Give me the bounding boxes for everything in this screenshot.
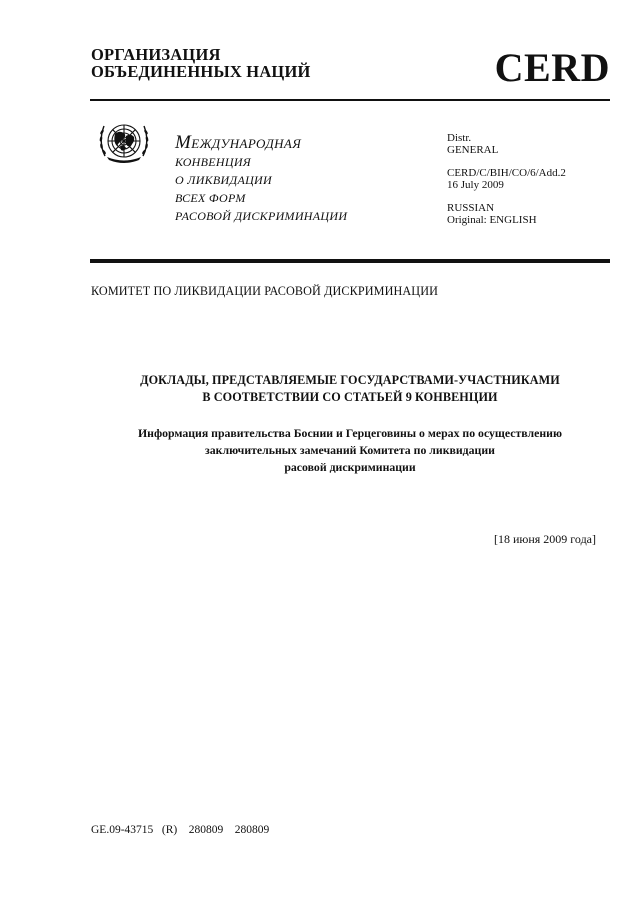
convention-title: МЕЖДУНАРОДНАЯ КОНВЕНЦИЯ О ЛИКВИДАЦИИ ВСЕ… [175,134,347,225]
submission-date-note: [18 июня 2009 года] [494,532,596,546]
convention-title-line5: РАСОВОЙ ДИСКРИМИНАЦИИ [175,207,347,225]
convention-title-line1: МЕЖДУНАРОДНАЯ [175,134,347,153]
main-title-line2: В СООТВЕТСТВИИ СО СТАТЬЕЙ 9 КОНВЕНЦИИ [60,389,640,406]
document-series-symbol: CERD [495,46,610,90]
job-number: GE.09-43715 [91,824,153,836]
committee-name: КОМИТЕТ ПО ЛИКВИДАЦИИ РАСОВОЙ ДИСКРИМИНА… [91,284,438,298]
thick-divider [90,259,610,263]
sub-title-line2: заключительных замечаний Комитета по лик… [60,442,640,459]
distr-label: Distr. [447,132,566,144]
sub-title-line1: Информация правительства Боснии и Герцег… [60,425,640,442]
org-name-line1: ОРГАНИЗАЦИЯ [91,46,311,63]
footer-date-1: 280809 [189,824,224,836]
convention-title-line2: КОНВЕНЦИЯ [175,153,347,171]
convention-title-line3: О ЛИКВИДАЦИИ [175,171,347,189]
distribution-info: Distr. GENERAL CERD/C/BIH/CO/6/Add.2 16 … [447,132,566,226]
org-name-line2: ОБЪЕДИНЕННЫХ НАЦИЙ [91,63,311,80]
original-language: Original: ENGLISH [447,214,566,226]
main-title-line1: ДОКЛАДЫ, ПРЕДСТАВЛЯЕМЫЕ ГОСУДАРСТВАМИ-УЧ… [60,372,640,389]
document-language: RUSSIAN [447,202,566,214]
header-divider [90,99,610,101]
document-symbol: CERD/C/BIH/CO/6/Add.2 [447,167,566,179]
document-date: 16 July 2009 [447,179,566,191]
main-title: ДОКЛАДЫ, ПРЕДСТАВЛЯЕМЫЕ ГОСУДАРСТВАМИ-УЧ… [60,372,640,406]
sub-title-line3: расовой дискриминации [60,459,640,476]
footer-date-2: 280809 [235,824,270,836]
language-code: (R) [162,824,177,836]
footer-job-number: GE.09-43715 (R) 280809 280809 [91,823,269,837]
sub-title: Информация правительства Боснии и Герцег… [60,425,640,476]
un-emblem-icon [93,112,155,174]
convention-title-line4: ВСЕХ ФОРМ [175,189,347,207]
distr-value: GENERAL [447,144,566,156]
organization-name: ОРГАНИЗАЦИЯ ОБЪЕДИНЕННЫХ НАЦИЙ [91,46,311,80]
